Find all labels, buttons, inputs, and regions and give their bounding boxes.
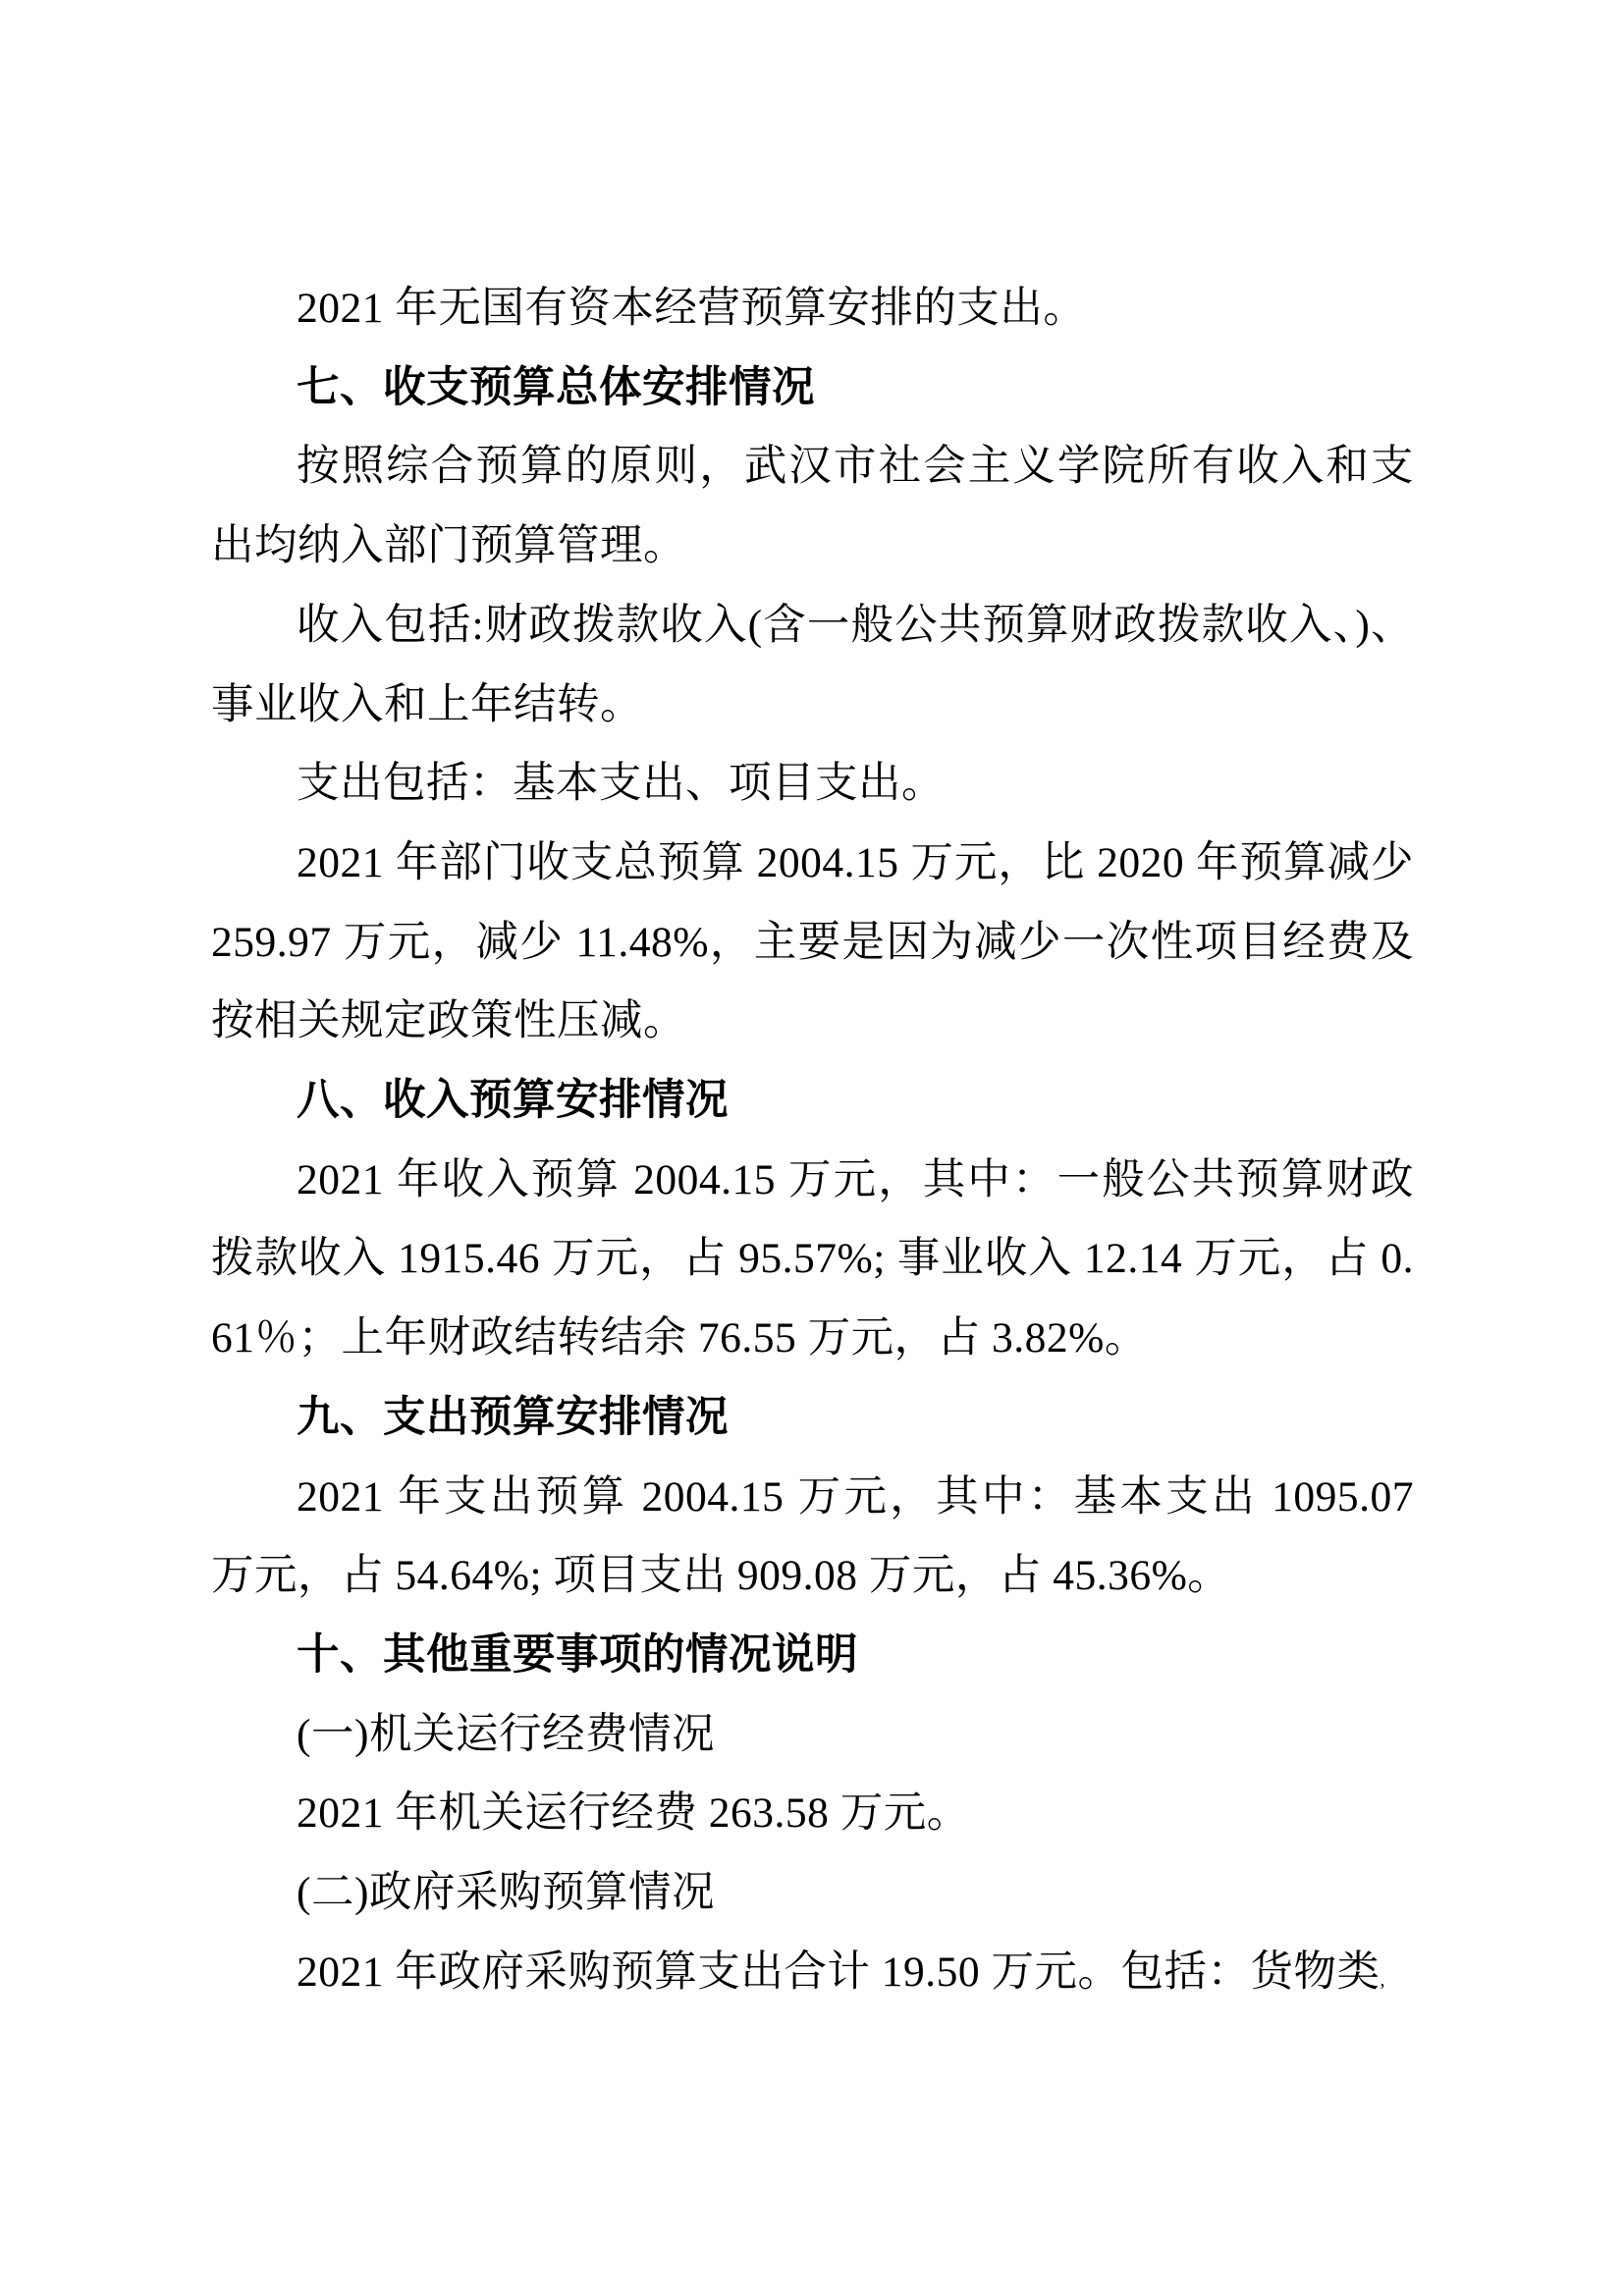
heading-section-7-overall-budget: 七、收支预算总体安排情况 — [211, 348, 1414, 428]
document-page: 2021 年无国有资本经营预算安排的支出。 七、收支预算总体安排情况 按照综合预… — [0, 0, 1624, 2296]
body-sub-1-agency-operating-funds: (一)机关运行经费情况 — [211, 1695, 1414, 1775]
procurement-sentence: 2021 年政府采购预算支出合计 19.50 万元。包括：货物类 — [297, 1949, 1380, 1996]
body-sub-2-government-procurement: (二)政府采购预算情况 — [211, 1853, 1414, 1933]
heading-section-9-expenditure-budget: 九、支出预算安排情况 — [211, 1378, 1414, 1458]
body-expenditure-includes: 支出包括：基本支出、项目支出。 — [211, 744, 1414, 824]
document-text-block: 2021 年无国有资本经营预算安排的支出。 七、收支预算总体安排情况 按照综合预… — [211, 269, 1414, 2019]
body-expenditure-budget-2021: 2021 年支出预算 2004.15 万元，其中：基本支出 1095.07 万元… — [211, 1458, 1414, 1616]
body-comprehensive-budget-principle: 按照综合预算的原则，武汉市社会主义学院所有收入和支出均纳入部门预算管理。 — [211, 427, 1414, 585]
trailing-comma-mark: , — [1380, 1969, 1385, 1991]
body-income-includes: 收入包括:财政拨款收入(含一般公共预算财政拨款收入、)、事业收入和上年结转。 — [211, 586, 1414, 744]
body-no-state-capital-expenditure: 2021 年无国有资本经营预算安排的支出。 — [211, 269, 1414, 348]
body-government-procurement-2021: 2021 年政府采购预算支出合计 19.50 万元。包括：货物类, — [211, 1933, 1414, 2020]
body-income-budget-2021: 2021 年收入预算 2004.15 万元，其中：一般公共预算财政拨款收入 19… — [211, 1141, 1414, 1378]
body-agency-operating-funds-2021: 2021 年机关运行经费 263.58 万元。 — [211, 1774, 1414, 1853]
heading-section-8-income-budget: 八、收入预算安排情况 — [211, 1061, 1414, 1141]
heading-section-10-other-items: 十、其他重要事项的情况说明 — [211, 1616, 1414, 1695]
body-total-budget-2021: 2021 年部门收支总预算 2004.15 万元，比 2020 年预算减少 25… — [211, 824, 1414, 1061]
